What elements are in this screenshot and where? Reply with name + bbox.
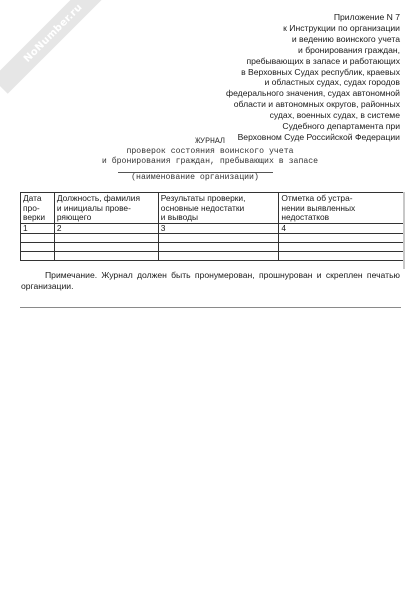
appendix-line: федерального значения, судах автономной bbox=[160, 88, 400, 99]
appendix-line: и ведению воинского учета bbox=[160, 34, 400, 45]
appendix-line: и бронирования граждан, bbox=[160, 45, 400, 56]
table-edge-shadow bbox=[403, 192, 405, 269]
table-header-row: Дата про- верки Должность, фамилия и ини… bbox=[21, 193, 404, 224]
appendix-line: Судебного департамента при bbox=[160, 121, 400, 132]
appendix-line: пребывающих в запасе и работающих bbox=[160, 56, 400, 67]
table-cell bbox=[279, 252, 404, 261]
header-cell-date: Дата про- верки bbox=[21, 193, 55, 224]
table-cell bbox=[158, 243, 279, 252]
table-cell bbox=[158, 234, 279, 243]
table-row bbox=[21, 234, 404, 243]
appendix-line: к Инструкции по организации bbox=[160, 23, 400, 34]
column-number: 3 bbox=[158, 223, 279, 234]
note-paragraph: Примечание. Журнал должен быть пронумеро… bbox=[21, 270, 400, 291]
column-number: 2 bbox=[54, 223, 158, 234]
appendix-line: в Верховных Судах республик, краевых bbox=[160, 67, 400, 78]
journal-subtitle-line1: проверок состояния воинского учета bbox=[0, 147, 420, 157]
table-cell bbox=[158, 252, 279, 261]
table-cell bbox=[21, 243, 55, 252]
table-cell bbox=[54, 243, 158, 252]
appendix-line: Приложение N 7 bbox=[160, 12, 400, 23]
journal-table: Дата про- верки Должность, фамилия и ини… bbox=[20, 192, 404, 261]
table-cell bbox=[21, 252, 55, 261]
column-number: 4 bbox=[279, 223, 404, 234]
header-cell-remediation: Отметка об устра- нении выявленных недос… bbox=[279, 193, 404, 224]
watermark: NoNumber.ru bbox=[0, 0, 114, 94]
column-number: 1 bbox=[21, 223, 55, 234]
table-cell bbox=[54, 234, 158, 243]
table-column-numbers-row: 1 2 3 4 bbox=[21, 223, 404, 234]
page-divider bbox=[20, 307, 401, 308]
watermark-text: NoNumber.ru bbox=[22, 2, 85, 65]
appendix-line: судах, военных судах, в системе bbox=[160, 110, 400, 121]
header-cell-results: Результаты проверки, основные недостатки… bbox=[158, 193, 279, 224]
table-cell bbox=[279, 243, 404, 252]
appendix-line: области и автономных округов, районных bbox=[160, 99, 400, 110]
table-cell bbox=[54, 252, 158, 261]
header-cell-inspector: Должность, фамилия и инициалы прове- ряю… bbox=[54, 193, 158, 224]
organization-name-caption: (наименование организации) bbox=[0, 173, 390, 182]
table-cell bbox=[21, 234, 55, 243]
table-row bbox=[21, 243, 404, 252]
journal-title: ЖУРНАЛ bbox=[0, 137, 420, 147]
table-row bbox=[21, 252, 404, 261]
appendix-line: и областных судах, судах городов bbox=[160, 77, 400, 88]
journal-title-block: ЖУРНАЛ проверок состояния воинского учет… bbox=[0, 137, 420, 166]
appendix-header: Приложение N 7 к Инструкции по организац… bbox=[160, 12, 400, 143]
table-cell bbox=[279, 234, 404, 243]
journal-subtitle-line2: и бронирования граждан, пребывающих в за… bbox=[0, 157, 420, 167]
